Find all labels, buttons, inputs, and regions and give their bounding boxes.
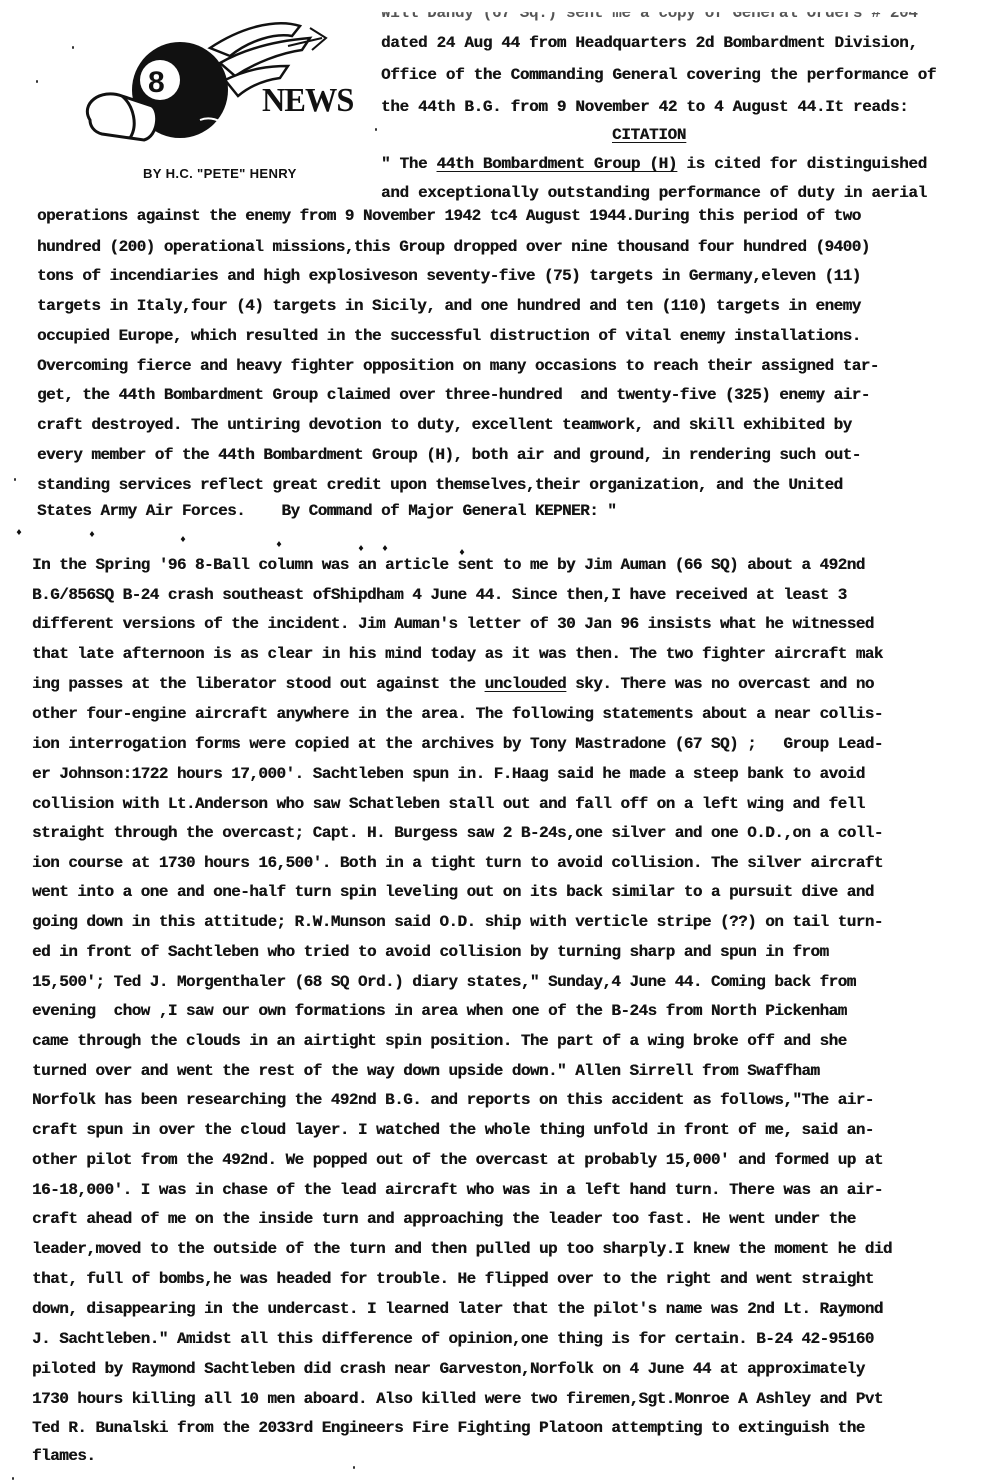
article-line: down, disappearing in the undercast. I l… [32,1300,883,1318]
article-line: er Johnson:1722 hours 17,000'. Sachtlebe… [32,765,865,783]
scan-speck [353,1466,355,1469]
scan-speck [375,128,377,131]
article-line: came through the clouds in an airtight s… [32,1032,847,1050]
article-line: going down in this attitude; R.W.Munson … [32,913,883,931]
article-line: ion course at 1730 hours 16,500'. Both i… [32,854,883,872]
article-line: ion interrogation forms were copied at t… [32,735,883,753]
scan-speck [72,46,74,49]
separator-star-icon: ♦ [89,530,95,541]
article-line: different versions of the incident. Jim … [32,615,874,633]
article-line: flames. [32,1447,95,1465]
eight-ball-logo-icon: 8 [60,8,360,148]
separator-star-icon: ♦ [180,535,186,546]
separator-star-icon: ♦ [358,544,364,555]
article-line: collision with Lt.Anderson who saw Schat… [32,795,865,813]
article-line: Ted R. Bunalski from the 2033rd Engineer… [32,1419,865,1437]
citation-line: standing services reflect great credit u… [37,476,843,494]
separator-star-icon: ♦ [382,544,388,555]
separator-star-icon: ♦ [16,528,22,539]
article-line: straight through the overcast; Capt. H. … [32,824,883,842]
citation-line: every member of the 44th Bombardment Gro… [37,446,861,464]
citation-first-line: " The 44th Bombardment Group (H) is cite… [381,155,927,173]
article-line-text: sky. There was no overcast and no [566,675,874,693]
citation-line: tons of incendiaries and high explosives… [37,267,861,285]
intro-line: Will Dandy (67 Sq.) sent me a copy of Ge… [381,4,918,22]
citation-line: States Army Air Forces. By Command of Ma… [37,502,616,520]
citation-line: Overcoming fierce and heavy fighter oppo… [37,357,879,375]
article-line: J. Sachtleben." Amidst all this differen… [32,1330,874,1348]
citation-line: craft destroyed. The untiring devotion t… [37,416,852,434]
article-line: went into a one and one-half turn spin l… [32,883,874,901]
article-line: that, full of bombs,he was headed for tr… [32,1270,874,1288]
article-line: In the Spring '96 8-Ball column was an a… [32,556,865,574]
scan-speck [14,478,16,481]
citation-line: occupied Europe, which resulted in the s… [37,327,861,345]
citation-line: hundred (200) operational missions,this … [37,238,870,256]
citation-first-line-rest: is cited for distinguished [677,155,927,173]
article-line: 1730 hours killing all 10 men aboard. Al… [32,1390,883,1408]
citation-line: operations against the enemy from 9 Nove… [37,207,861,225]
article-line: evening chow ,I saw our own formations i… [32,1002,847,1020]
article-line: that late afternoon is as clear in his m… [32,645,883,663]
citation-line: and exceptionally outstanding performanc… [381,184,927,202]
separator-star-icon: ♦ [276,540,282,551]
underlined-word: unclouded [485,675,566,693]
article-line: ing passes at the liberator stood out ag… [32,675,874,693]
article-line: piloted by Raymond Sachtleben did crash … [32,1360,865,1378]
article-line: Norfolk has been researching the 492nd B… [32,1091,874,1109]
article-line: B.G/856SQ B-24 crash southeast ofShipdha… [32,586,847,604]
article-line-text: ing passes at the liberator stood out ag… [32,675,485,693]
scan-speck [12,1477,14,1480]
intro-line: the 44th B.G. from 9 November 42 to 4 Au… [381,98,908,116]
byline: BY H.C. "PETE" HENRY [143,167,297,181]
article-line: other four-engine aircraft anywhere in t… [32,705,883,723]
article-line: craft ahead of me on the inside turn and… [32,1210,856,1228]
citation-line: targets in Italy,four (4) targets in Sic… [37,297,861,315]
citation-line: get, the 44th Bombardment Group claimed … [37,386,870,404]
citation-group-name: 44th Bombardment Group (H) [437,155,678,173]
article-line: 16-18,000'. I was in chase of the lead a… [32,1181,883,1199]
article-line: leader,moved to the outside of the turn … [32,1240,892,1258]
intro-line: dated 24 Aug 44 from Headquarters 2d Bom… [381,34,918,52]
article-line: 15,500'; Ted J. Morgenthaler (68 SQ Ord.… [32,973,856,991]
citation-heading: CITATION [612,126,686,144]
article-line: other pilot from the 492nd. We popped ou… [32,1151,883,1169]
svg-text:8: 8 [148,66,165,99]
scan-speck [36,80,38,83]
article-line: turned over and went the rest of the way… [32,1062,820,1080]
article-line: craft spun in over the cloud layer. I wa… [32,1121,874,1139]
intro-line: Office of the Commanding General coverin… [381,66,936,84]
citation-quote-open: " The [381,155,437,173]
article-line: ed in front of Sachtleben who tried to a… [32,943,829,961]
news-logo-text: NEWS [262,82,353,120]
